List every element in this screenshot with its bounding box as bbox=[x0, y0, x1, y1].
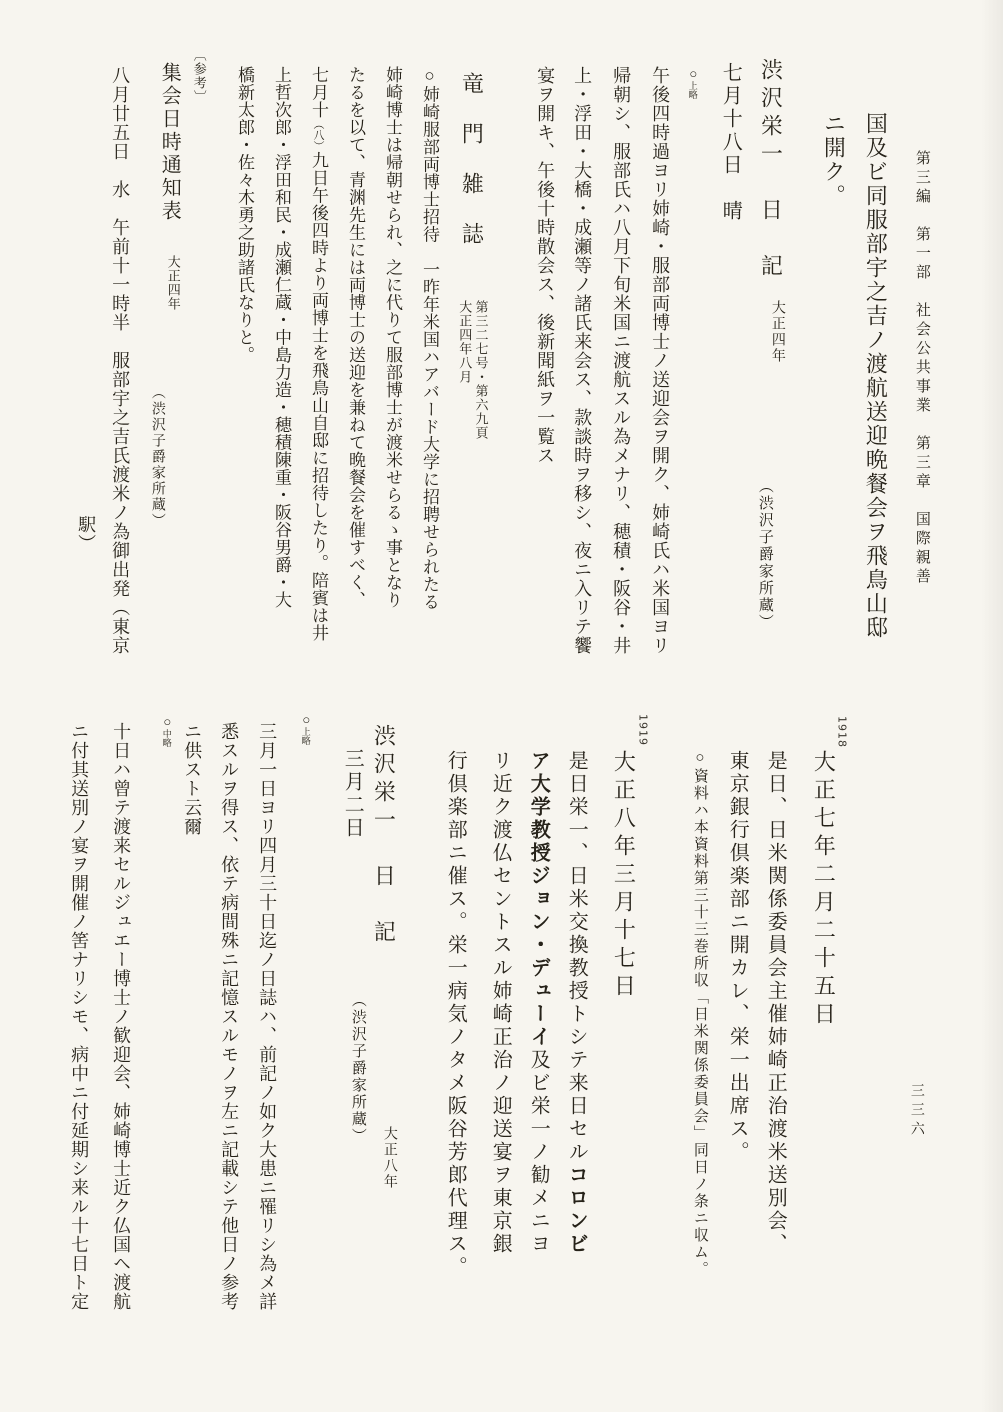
diary-text-line: 上・浮田・大橋・成瀬等ノ諸氏来会ス、款談時ヲ移シ、夜ニ入リテ饗 bbox=[572, 66, 591, 655]
entry-text-line: 東京銀行倶楽部ニ開カレ、栄一出席ス。 bbox=[726, 750, 747, 1164]
western-year-1918: 1918 bbox=[836, 716, 848, 748]
omission-marker-middle: ○中略 bbox=[160, 714, 174, 747]
magazine-text-line: 上哲次郎・浮田和民・成瀬仁蔵・中島力造・穂積陳重・阪谷男爵・大 bbox=[272, 66, 290, 609]
line-bold-dewey: ア大学教授ジョン・デューイ bbox=[527, 750, 549, 1049]
line-post: 九日午後四時より両博士を飛鳥山自邸に招待したり。陪賓は井 bbox=[309, 152, 328, 642]
magazine-text-line: 橋新太郎・佐々木勇之助諸氏なりと。 bbox=[235, 66, 253, 364]
omission-marker-upper: ○上略 bbox=[299, 712, 313, 745]
omission-label: 上略 bbox=[688, 81, 698, 99]
magazine-text-line: たるを以て、青渊先生には両博士の送迎を兼ねて晩餐会を催すべく、 bbox=[346, 66, 364, 609]
magazine-text-line: 姉崎博士は帰朝せられ、之に代りて服部博士が渡米せらるゝ事となり bbox=[383, 66, 401, 609]
line-bold-columbia: コロンビ bbox=[565, 1164, 587, 1256]
diary-source-title: 渋沢栄一 日 記 bbox=[372, 724, 395, 948]
diary-text-line: 午後四時過ヨリ姉崎・服部両博士ノ送迎会ヲ開ク、姉崎氏ハ米国ヨリ bbox=[650, 66, 669, 655]
diary-text-line: 帰朝シ、服部氏ハ八月下旬米国ニ渡航スル為メナリ、穂積・阪谷・井 bbox=[611, 66, 630, 655]
line-normal: 及ビ栄一ノ勧メニヨ bbox=[527, 1049, 549, 1256]
western-year-1919: 1919 bbox=[637, 714, 649, 746]
diary-text-line: ニ供スト云爾 bbox=[182, 722, 201, 836]
edition-header: 第三編 第一部 社会公共事業 第三章 国際親善 bbox=[913, 150, 929, 587]
page-number: 三三六 bbox=[908, 1083, 923, 1140]
entry-text-line: 行倶楽部ニ催ス。栄一病気ノタメ阪谷芳郎代理ス。 bbox=[444, 750, 465, 1279]
section-title-continuation-line2: ニ開ク。 bbox=[822, 112, 845, 208]
omission-circle: ○ bbox=[686, 66, 701, 81]
interlinear-gloss: （八） bbox=[312, 119, 324, 152]
omission-circle: ○ bbox=[160, 714, 175, 729]
omission-label: 上略 bbox=[301, 727, 311, 745]
entry-text-line-mixed: 是日栄一、日米交換教授トシテ来日セルコロンビ bbox=[565, 750, 586, 1256]
line-pre: 七月十 bbox=[309, 66, 328, 119]
diary-text-line: 十日ハ曾テ渡来セルジュエー博士ノ歓迎会、姉崎博士近ク仏国ヘ渡航 bbox=[111, 722, 130, 1311]
entry-date-1919: 大正八年三月十七日 bbox=[612, 750, 635, 1002]
diary-source-holder: （渋沢子爵家所蔵） bbox=[349, 992, 365, 1145]
magazine-text-line-with-gloss: 七月十（八）九日午後四時より両博士を飛鳥山自邸に招待したり。陪賓は井 bbox=[309, 66, 327, 642]
diary-source-year: 大正四年 bbox=[769, 300, 784, 364]
magazine-title: 竜門雑誌 bbox=[460, 72, 483, 272]
diary-date-weather: 七月十八日 晴 bbox=[719, 62, 740, 223]
reference-source-holder: （渋沢子爵家所蔵） bbox=[149, 385, 164, 529]
magazine-issue: 第三二七号・第六九頁 bbox=[472, 300, 488, 440]
diary-text-line: 宴ヲ開キ、午後十時散会ス、後新聞紙ヲ一覧ス bbox=[535, 66, 554, 465]
diary-source-year: 大正八年 bbox=[381, 1126, 396, 1190]
entry-source-note: ○資料ハ本資料第三十三巻所収「日米関係委員会」同日ノ条ニ収ム。 bbox=[691, 750, 707, 1278]
omission-circle: ○ bbox=[299, 712, 314, 727]
line-normal: 是日栄一、日米交換教授トシテ来日セル bbox=[565, 750, 587, 1164]
entry-text-line-mixed: ア大学教授ジョン・デューイ及ビ栄一ノ勧メニヨ bbox=[527, 750, 548, 1256]
reference-text-line: 駅） bbox=[76, 515, 95, 553]
entry-text-line: リ近ク渡仏セントスル姉崎正治ノ迎送宴ヲ東京銀 bbox=[489, 750, 510, 1256]
book-page: 第三編 第一部 社会公共事業 第三章 国際親善 三三六 国及ビ同服部宇之吉ノ渡航… bbox=[0, 0, 1003, 1412]
entry-date-1918: 大正七年二月二十五日 bbox=[812, 750, 835, 1030]
reference-title: 集会日時通知表 bbox=[158, 62, 179, 223]
diary-source-title: 渋沢栄一 日 記 bbox=[759, 58, 782, 282]
diary-text-line: 悉スルヲ得ス、依テ病間殊ニ記憶スルモノヲ左ニ記載シテ他日ノ参考 bbox=[219, 722, 238, 1311]
entry-text-line: 是日、日米関係委員会主催姉崎正治渡米送別会、 bbox=[764, 750, 785, 1256]
diary-text-line: 三月一日ヨリ四月三十日迄ノ日誌ハ、前記ノ如ク大患ニ罹リシ為メ詳 bbox=[257, 722, 276, 1311]
reference-text-line: 八月廿五日 水 午前十一時半 服部宇之吉氏渡米ノ為御出発（東京 bbox=[110, 66, 129, 655]
omission-label: 中略 bbox=[162, 729, 172, 747]
diary-date: 三月二日 bbox=[341, 748, 362, 840]
reference-label: 〔参考〕 bbox=[192, 48, 206, 104]
omission-marker-upper: ○上略 bbox=[686, 66, 700, 99]
reference-year: 大正四年 bbox=[166, 255, 180, 311]
magazine-text-line: ○姉崎服部両博士招待 一昨年米国ハアバード大学に招聘せられたる bbox=[420, 66, 438, 611]
diary-source-holder: （渋沢子爵家所蔵） bbox=[756, 478, 772, 631]
section-title-continuation-line1: 国及ビ同服部宇之吉ノ渡航送迎晩餐会ヲ飛鳥山邸 bbox=[864, 112, 887, 640]
diary-text-line: ニ付其送別ノ宴ヲ開催ノ筈ナリシモ、病中ニ付延期シ来ル十七日ト定 bbox=[69, 722, 88, 1311]
magazine-date: 大正四年八月 bbox=[456, 300, 472, 440]
magazine-citation: 第三二七号・第六九頁 大正四年八月 bbox=[456, 300, 489, 440]
